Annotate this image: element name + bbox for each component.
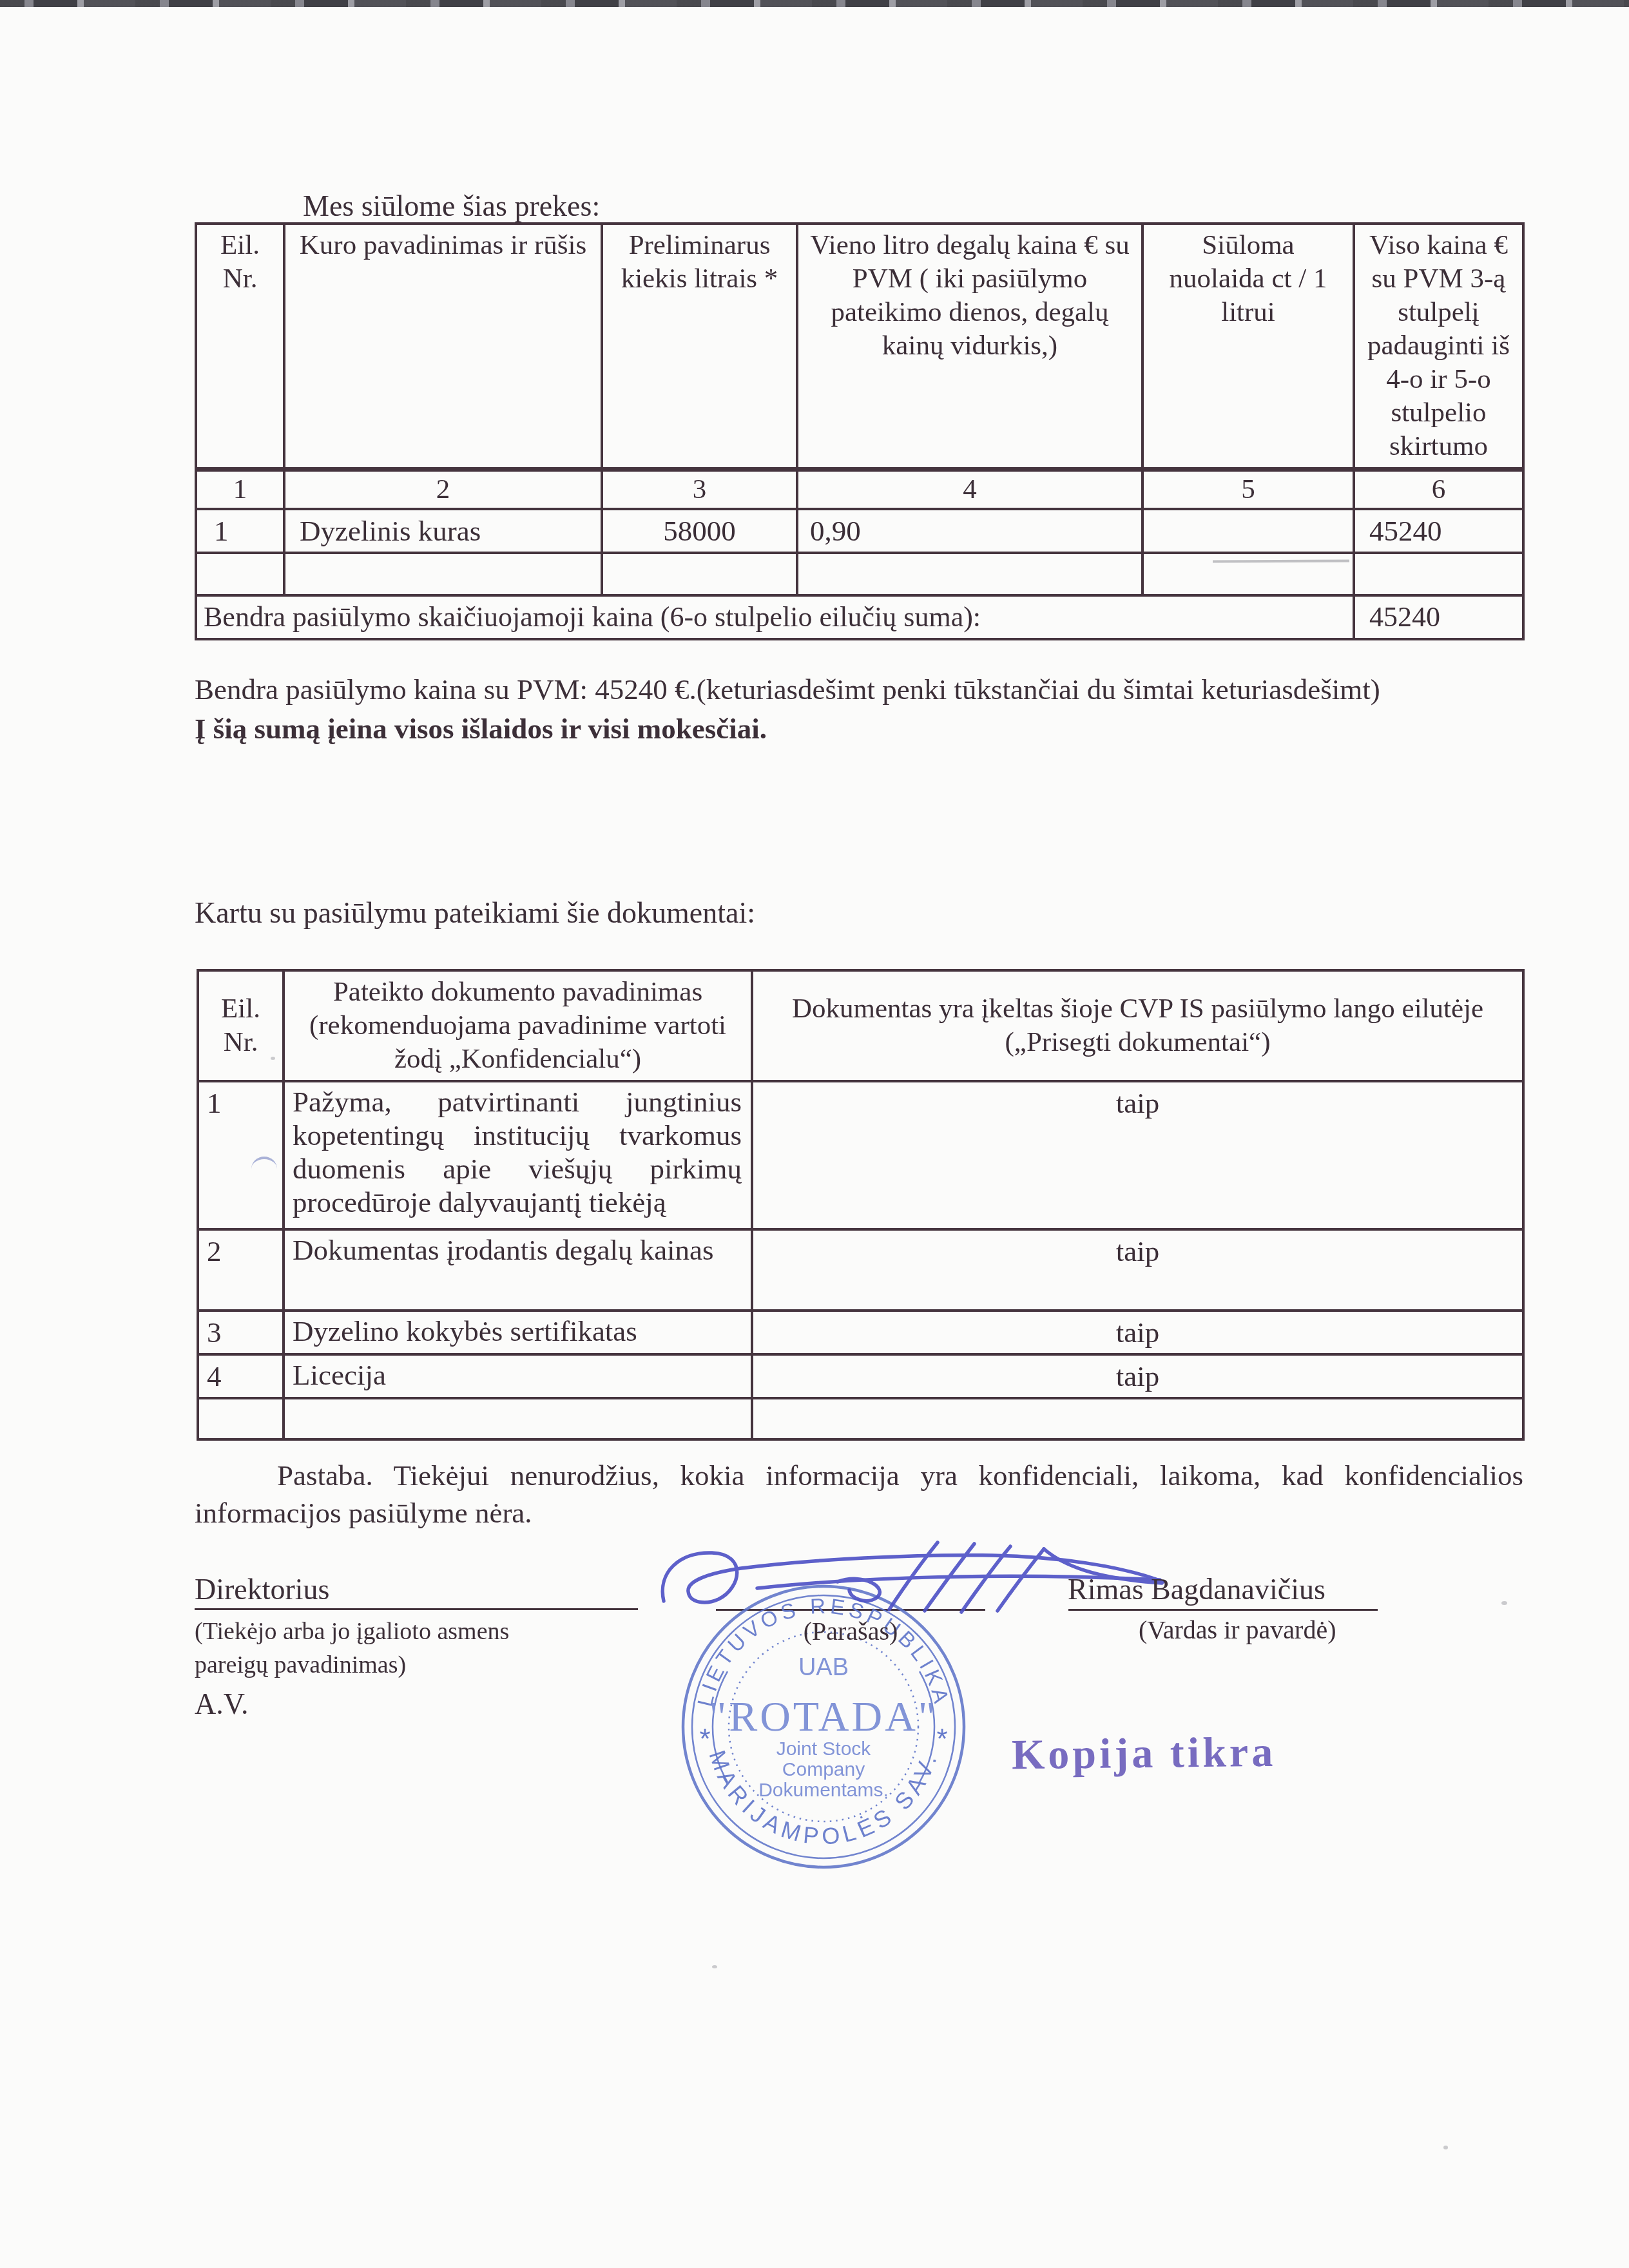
colnum-1: 1 [196, 470, 284, 510]
seal-mark-av: A.V. [195, 1687, 249, 1721]
colnum-2: 2 [284, 470, 602, 510]
total-label-cell: Bendra pasiūlymo skaičiuojamoji kaina (6… [196, 595, 1354, 639]
row-index: 1 [196, 509, 284, 553]
paper-speck [712, 1965, 717, 1968]
signer-name: Rimas Bagdanavičius [1068, 1572, 1325, 1606]
documents-intro-line: Kartu su pasiūlymu pateikiami šie dokume… [195, 896, 755, 930]
documents-table-header-row: Eil. Nr. Pateikto dokumento pavadinimas … [198, 970, 1523, 1081]
documents-table-empty-row [198, 1398, 1523, 1439]
total-value-cell: 45240 [1354, 595, 1523, 639]
fuel-col-name: Kuro pavadinimas ir rūšis [284, 224, 602, 470]
fuel-col-price: Vieno litro degalų kaina € su PVM ( iki … [797, 224, 1142, 470]
fuel-col-total: Viso kaina € su PVM 3-ą stulpelį padaugi… [1354, 224, 1523, 470]
colnum-5: 5 [1142, 470, 1354, 510]
fuel-col-discount: Siūloma nuolaida ct / 1 litrui [1142, 224, 1354, 470]
fuel-col-qty: Preliminarus kiekis litrais * [602, 224, 797, 470]
document-row: 3 Dyzelino kokybės sertifikatas taip [198, 1311, 1523, 1354]
doc-col-name: Pateikto dokumento pavadinimas (rekomend… [284, 970, 752, 1081]
fuel-name-cell: Dyzelinis kuras [284, 509, 602, 553]
scan-artifact-top-band [0, 0, 1629, 7]
signature-line-left [195, 1608, 638, 1610]
director-caption: (Tiekėjo arba jo įgalioto asmens pareigų… [195, 1615, 607, 1682]
stamp-joint-stock-text: Joint Stock [776, 1738, 872, 1760]
colnum-6: 6 [1354, 470, 1523, 510]
stamp-asterisk-right: * [936, 1724, 947, 1755]
paper-speck [1443, 2146, 1448, 2149]
fuel-discount-cell [1142, 509, 1354, 553]
confidentiality-note: Pastaba. Tiekėjui nenurodžius, kokia inf… [195, 1457, 1523, 1532]
director-title: Direktorius [195, 1572, 330, 1606]
doc-col-eil-nr: Eil. Nr. [198, 970, 284, 1081]
stamp-rotada-text: "ROTADA" [709, 1693, 938, 1740]
fuel-table-data-row: 1 Dyzelinis kuras 58000 0,90 45240 [196, 509, 1523, 553]
stamp-uab-text: UAB [798, 1654, 849, 1681]
document-row: 4 Licecija taip [198, 1354, 1523, 1398]
price-summary-bold-line: Į šią sumą įeina visos išlaidos ir visi … [195, 709, 1528, 748]
document-row: 2 Dokumentas įrodantis degalų kainas tai… [198, 1229, 1523, 1311]
fuel-total-cell: 45240 [1354, 509, 1523, 553]
fuel-offer-table: Eil. Nr. Kuro pavadinimas ir rūšis Preli… [195, 222, 1525, 640]
fuel-table-header-row: Eil. Nr. Kuro pavadinimas ir rūšis Preli… [196, 224, 1523, 470]
doc-col-uploaded: Dokumentas yra įkeltas šioje CVP IS pasi… [752, 970, 1523, 1081]
stamp-dokumentams-text: Dokumentams. [758, 1780, 889, 1801]
fuel-price-cell: 0,90 [797, 509, 1142, 553]
stamp-company-text: Company [782, 1759, 865, 1780]
kopija-tikra-stamp: Kopija tikra [1012, 1728, 1277, 1780]
fuel-col-eil-nr: Eil. Nr. [196, 224, 284, 470]
colnum-3: 3 [602, 470, 797, 510]
scanned-document-page: Mes siūlome šias prekes: Eil. Nr. Kuro p… [0, 0, 1629, 2268]
offer-intro-line: Mes siūlome šias prekes: [303, 189, 600, 223]
documents-table: Eil. Nr. Pateikto dokumento pavadinimas … [197, 969, 1525, 1441]
colnum-4: 4 [797, 470, 1142, 510]
fuel-table-total-row: Bendra pasiūlymo skaičiuojamoji kaina (6… [196, 595, 1523, 639]
price-summary: Bendra pasiūlymo kaina su PVM: 45240 €.(… [195, 670, 1528, 748]
stamp-asterisk-left: * [699, 1724, 710, 1755]
vardas-caption: (Vardas ir pavardė) [1139, 1613, 1336, 1647]
document-row: 1 Pažyma, patvirtinanti jungtinius kopet… [198, 1081, 1523, 1229]
parasas-caption: (Parašas) [799, 1615, 902, 1648]
fuel-table-number-row: 1 2 3 4 5 6 [196, 470, 1523, 510]
fuel-qty-cell: 58000 [602, 509, 797, 553]
paper-speck [1501, 1601, 1507, 1605]
price-summary-line: Bendra pasiūlymo kaina su PVM: 45240 €.(… [195, 670, 1528, 709]
